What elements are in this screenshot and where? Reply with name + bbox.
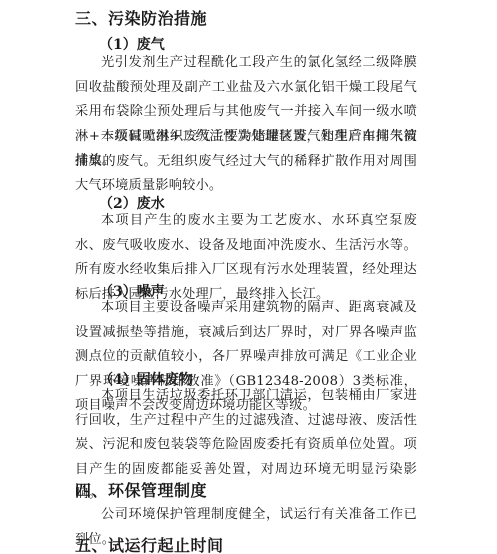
section-heading-trial-run-period: 五、试运行起止时间	[75, 533, 224, 554]
section-heading-management: 四、环保管理制度	[75, 478, 207, 501]
section-heading-pollution-control: 三、污染防治措施	[75, 6, 207, 29]
paragraph-waste-gas-unorganized: 本项目无组织废气主要为储罐区废气和生产车间未被捕集的废气。无组织废气经过大气的稀…	[75, 125, 417, 199]
